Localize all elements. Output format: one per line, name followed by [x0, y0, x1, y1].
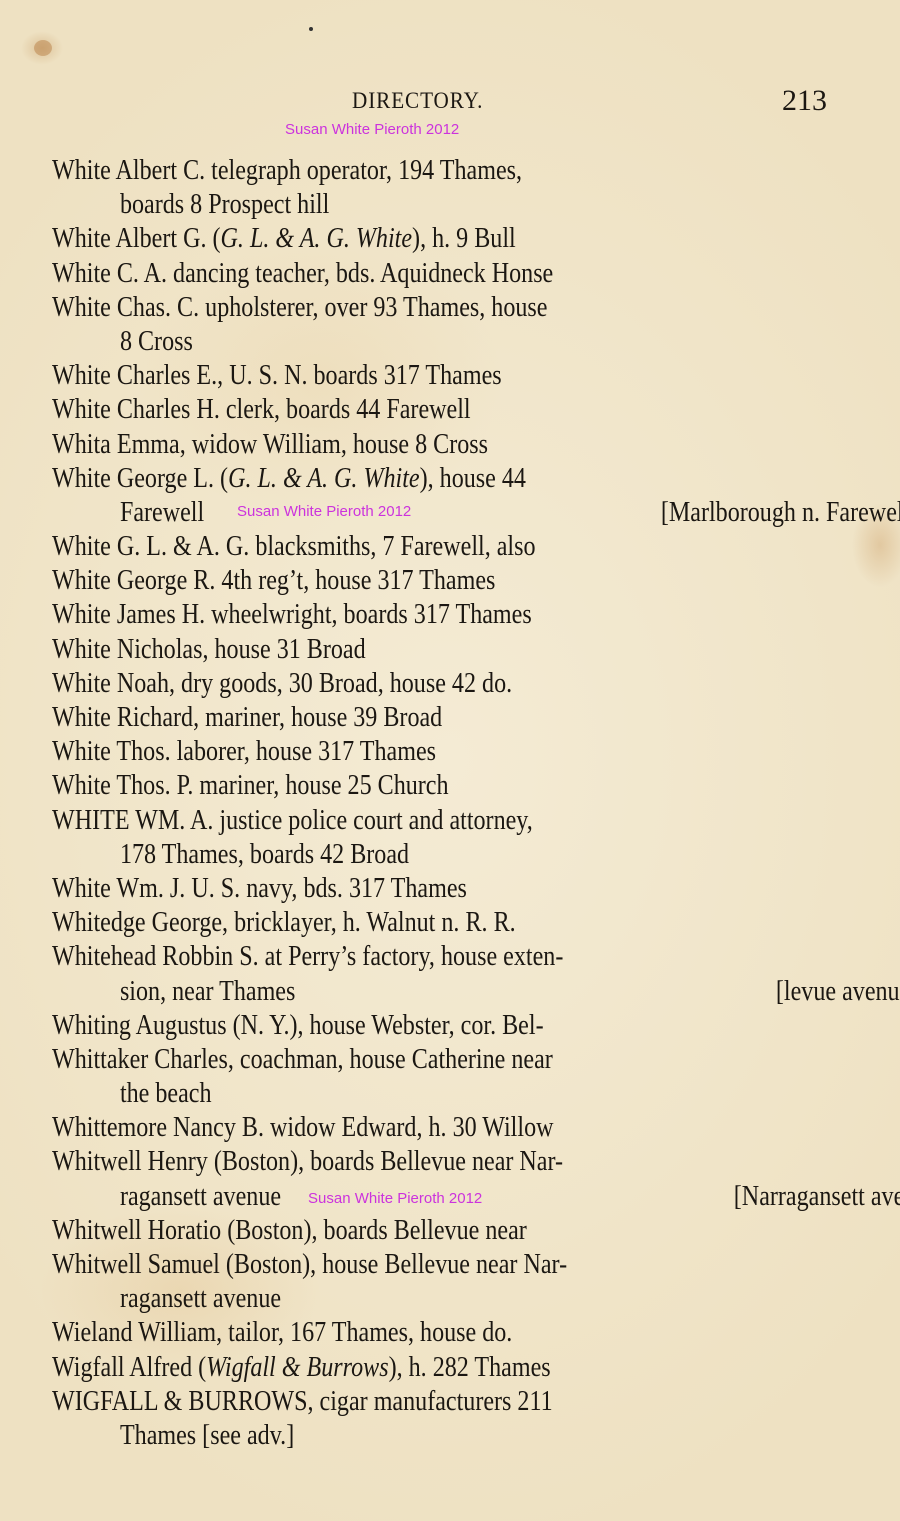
entry-line: White Charles H. clerk, boards 44 Farewe…: [52, 393, 842, 427]
entry-text: Whitwell Horatio (Boston), boards Bellev…: [52, 1215, 527, 1246]
entry-line: Whittemore Nancy B. widow Edward, h. 30 …: [52, 1111, 842, 1145]
entry-text: White Richard, mariner, house 39 Broad: [52, 702, 442, 733]
entry-line: White Charles E., U. S. N. boards 317 Th…: [52, 359, 842, 393]
entry-line: White Albert C. telegraph operator, 194 …: [52, 154, 842, 188]
entry-text: 8 Cross: [120, 326, 193, 357]
entry-line: Whitwell Horatio (Boston), boards Bellev…: [52, 1214, 842, 1248]
firm-name-italic: G. L. & A. G. White: [221, 223, 413, 254]
entry-text: Whiting Augustus (N. Y.), house Webster,…: [52, 1010, 544, 1041]
entry-line: WIGFALL & BURROWS, cigar manufacturers 2…: [52, 1385, 842, 1419]
entry-text: WIGFALL & BURROWS, cigar manufacturers 2…: [52, 1386, 553, 1417]
directory-page: DIRECTORY. 213 Susan White Pieroth 2012 …: [0, 0, 900, 1521]
entry-continuation: sion, near Thames[levue avenue: [52, 975, 900, 1009]
entry-text: sion, near Thames: [120, 976, 295, 1007]
entry-line: White G. L. & A. G. blacksmiths, 7 Farew…: [52, 530, 842, 564]
entry-line: Wieland William, tailor, 167 Thames, hou…: [52, 1316, 842, 1350]
entry-text: White Noah, dry goods, 30 Broad, house 4…: [52, 668, 512, 699]
entry-text: White Thos. laborer, house 317 Thames: [52, 736, 436, 767]
entry-line: White Chas. C. upholsterer, over 93 Tham…: [52, 291, 842, 325]
entry-line: White Thos. laborer, house 317 Thames: [52, 735, 842, 769]
entry-line: Wigfall Alfred (Wigfall & Burrows), h. 2…: [52, 1351, 842, 1385]
entry-text: White Chas. C. upholsterer, over 93 Tham…: [52, 292, 547, 323]
entry-text: White George L. (: [52, 463, 228, 494]
directory-entries: White Albert C. telegraph operator, 194 …: [52, 154, 842, 1453]
entry-text: Wieland William, tailor, 167 Thames, hou…: [52, 1317, 512, 1348]
entry-line: Whita Emma, widow William, house 8 Cross: [52, 428, 842, 462]
entry-text: 178 Thames, boards 42 Broad: [120, 839, 409, 870]
entry-line: White Nicholas, house 31 Broad: [52, 633, 842, 667]
entry-line: White Richard, mariner, house 39 Broad: [52, 701, 842, 735]
entry-line: WHITE WM. A. justice police court and at…: [52, 804, 842, 838]
watermark: Susan White Pieroth 2012: [237, 503, 411, 520]
watermark: Susan White Pieroth 2012: [285, 121, 459, 138]
entry-line: Whitwell Henry (Boston), boards Bellevue…: [52, 1145, 842, 1179]
entry-text: boards 8 Prospect hill: [120, 189, 329, 220]
bracketed-overflow-text: [Marlborough n. Farewell: [661, 496, 900, 530]
entry-line: Whittaker Charles, coachman, house Cathe…: [52, 1043, 842, 1077]
entry-line: Whitehead Robbin S. at Perry’s factory, …: [52, 940, 842, 974]
foxing-stain: [34, 40, 52, 56]
entry-text: Thames [see adv.]: [120, 1420, 294, 1451]
entry-text: Whittemore Nancy B. widow Edward, h. 30 …: [52, 1112, 554, 1143]
page-number: 213: [782, 84, 827, 118]
entry-text: Whitehead Robbin S. at Perry’s factory, …: [52, 941, 563, 972]
entry-text: White Albert G. (: [52, 223, 221, 254]
entry-line: White George R. 4th reg’t, house 317 Tha…: [52, 564, 842, 598]
entry-text: White Albert C. telegraph operator, 194 …: [52, 155, 522, 186]
entry-text: the beach: [120, 1078, 212, 1109]
entry-continuation: boards 8 Prospect hill: [52, 188, 900, 222]
entry-text: Whitwell Henry (Boston), boards Bellevue…: [52, 1146, 563, 1177]
entry-text: Whitwell Samuel (Boston), house Bellevue…: [52, 1249, 567, 1280]
entry-text: White Charles H. clerk, boards 44 Farewe…: [52, 394, 471, 425]
entry-text: White G. L. & A. G. blacksmiths, 7 Farew…: [52, 531, 536, 562]
entry-text: Whitedge George, bricklayer, h. Walnut n…: [52, 907, 516, 938]
entry-line: Whiting Augustus (N. Y.), house Webster,…: [52, 1009, 842, 1043]
entry-line: Whitedge George, bricklayer, h. Walnut n…: [52, 906, 842, 940]
entry-line: White George L. (G. L. & A. G. White), h…: [52, 462, 842, 496]
entry-text: White James H. wheelwright, boards 317 T…: [52, 599, 532, 630]
watermark: Susan White Pieroth 2012: [308, 1190, 482, 1207]
entry-text: White Wm. J. U. S. navy, bds. 317 Thames: [52, 873, 467, 904]
entry-continuation: Thames [see adv.]: [52, 1419, 900, 1453]
entry-text: Whita Emma, widow William, house 8 Cross: [52, 429, 488, 460]
running-head-title: DIRECTORY.: [352, 88, 483, 114]
firm-name-italic: G. L. & A. G. White: [228, 463, 420, 494]
entry-text: Whittaker Charles, coachman, house Cathe…: [52, 1044, 553, 1075]
entry-text: White George R. 4th reg’t, house 317 Tha…: [52, 565, 495, 596]
entry-continuation: 8 Cross: [52, 325, 900, 359]
entry-text: WHITE WM. A. justice police court and at…: [52, 805, 533, 836]
entry-text: ), house 44: [420, 463, 526, 494]
entry-text: ), h. 9 Bull: [412, 223, 516, 254]
entry-continuation: the beach: [52, 1077, 900, 1111]
entry-line: Whitwell Samuel (Boston), house Bellevue…: [52, 1248, 842, 1282]
bracketed-overflow-text: [levue avenue: [776, 975, 900, 1009]
entry-text: ragansett avenue: [120, 1283, 281, 1314]
entry-text: White Nicholas, house 31 Broad: [52, 634, 366, 665]
entry-continuation: 178 Thames, boards 42 Broad: [52, 838, 900, 872]
firm-name-italic: Wigfall & Burrows: [206, 1352, 388, 1383]
entry-text: ), h. 282 Thames: [389, 1352, 551, 1383]
entry-text: ragansett avenue: [120, 1181, 281, 1212]
entry-text: White C. A. dancing teacher, bds. Aquidn…: [52, 258, 553, 289]
bracketed-overflow-text: [Narragansett ave.: [734, 1180, 900, 1214]
entry-line: White Wm. J. U. S. navy, bds. 317 Thames: [52, 872, 842, 906]
entry-continuation: ragansett avenue: [52, 1282, 900, 1316]
entry-text: Farewell: [120, 497, 204, 528]
entry-text: White Thos. P. mariner, house 25 Church: [52, 770, 449, 801]
entry-line: White Thos. P. mariner, house 25 Church: [52, 769, 842, 803]
entry-line: White Noah, dry goods, 30 Broad, house 4…: [52, 667, 842, 701]
ink-speck: [309, 27, 313, 31]
entry-text: Wigfall Alfred (: [52, 1352, 206, 1383]
running-head: DIRECTORY. 213: [0, 84, 900, 120]
entry-line: White James H. wheelwright, boards 317 T…: [52, 598, 842, 632]
entry-line: White C. A. dancing teacher, bds. Aquidn…: [52, 257, 842, 291]
entry-text: White Charles E., U. S. N. boards 317 Th…: [52, 360, 502, 391]
entry-line: White Albert G. (G. L. & A. G. White), h…: [52, 222, 842, 256]
entry-continuation: Farewell[Marlborough n. Farewell: [52, 496, 900, 530]
